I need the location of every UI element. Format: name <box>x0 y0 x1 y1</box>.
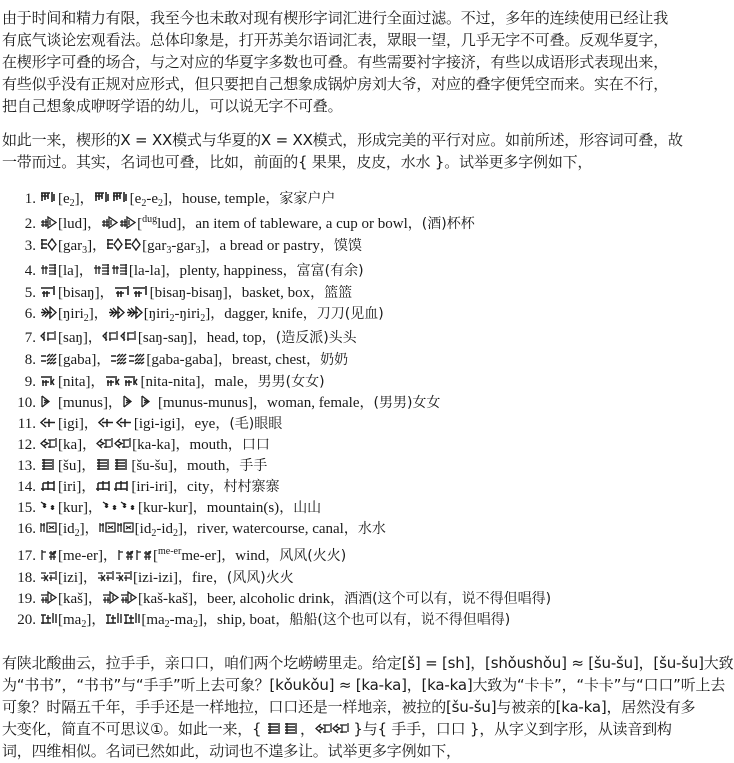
example-item: 15.[kur]，[kur-kur]，mountain(s)，山山 <box>16 499 321 517</box>
english-gloss: basket, box <box>242 285 310 301</box>
cuneiform-nita-icon <box>40 374 57 387</box>
cuneiform-ma2-icon <box>40 612 57 625</box>
english-gloss: head, top <box>207 330 262 346</box>
example-item: 16.[id2]，[id2-id2]，river, watercourse, c… <box>16 520 386 538</box>
cuneiform-su-icon <box>283 719 300 732</box>
cuneiform-bisan-icon <box>114 285 131 298</box>
cuneiform-e2-icon <box>94 191 111 204</box>
text-line: 一带而过。其实，名词也可叠，比如，前面的{ 果果，皮皮，水水 }。试举更多字例如… <box>2 151 734 173</box>
text-line: 由于时间和精力有限，我至今也未敢对现有楔形字词汇进行全面过滤。不过，多年的连续使… <box>2 7 734 29</box>
cuneiform-e2-icon <box>40 191 57 204</box>
text-line: 为“书书”，“书书”与“手手”听上去可象？[kǒukǒu] ≈ [ka-ka]，… <box>2 674 734 696</box>
cuneiform-izi-icon <box>40 570 57 583</box>
cuneiform-bisan-icon <box>132 285 149 298</box>
cuneiform-meer-icon <box>135 548 152 561</box>
text-line: 词，四维相似。名词已然如此，动词也不遑多让。试举更多字例如下， <box>2 740 734 762</box>
english-gloss: river, watercourse, canal <box>197 521 344 537</box>
cuneiform-ma2-icon <box>105 612 122 625</box>
chinese-equivalent: 村村寨寨 <box>224 479 280 495</box>
text-line: 可象？时隔五千年，手手还是一样地拉，口口还是一样地亲，被拉的[šu-šu]与被亲… <box>2 696 734 718</box>
cuneiform-su-icon <box>113 458 130 471</box>
chinese-equivalent: 富富(有余) <box>297 263 364 279</box>
example-item: 1.[e2]，[e2-e2]，house, temple，家家户户 <box>24 190 335 208</box>
english-gloss: house, temple <box>182 191 265 207</box>
text-line: 有底气谈论宏观看法。总体印象是，打开苏美尔语词汇表，眾眼一望，几乎无字不可叠。反… <box>2 29 734 51</box>
text-line: 有些似乎没有正规对应形式，但只要把自己想象成锅炉房刘大爷，对应的叠字便凭空而来。… <box>2 73 734 95</box>
cuneiform-nita-icon <box>105 374 122 387</box>
example-item: 14.[iri]，[iri-iri]，city，村村寨寨 <box>16 478 280 496</box>
example-item: 10.[munus]，[munus-munus]，woman, female，(… <box>16 394 440 412</box>
text-segment: 大变化，简直不可思议①。如此一来，{ <box>2 720 266 738</box>
cuneiform-izi-icon <box>115 570 132 583</box>
cuneiform-su-icon <box>95 458 112 471</box>
example-item: 4.[la]，[la-la]，plenty, happiness，富富(有余) <box>24 262 364 280</box>
cuneiform-munus-icon <box>140 395 157 408</box>
english-gloss: plenty, happiness <box>179 263 282 279</box>
english-gloss: wind <box>235 548 265 564</box>
cuneiform-meer-icon <box>40 548 57 561</box>
cuneiform-ka-icon <box>315 719 332 732</box>
cuneiform-kas-icon <box>120 591 137 604</box>
english-gloss: male <box>214 374 243 390</box>
cuneiform-igi-icon <box>40 416 57 429</box>
cuneiform-kur-icon <box>40 500 57 513</box>
text-line: 大变化，简直不可思议①。如此一来，{ ， }与{ 手手，口口 }，从字义到字形，… <box>2 718 734 740</box>
example-item: 9.[nita]，[nita-nita]，male，男男(女女) <box>24 373 325 391</box>
cuneiform-lud-icon <box>101 216 118 229</box>
chinese-equivalent: 男男(女女) <box>258 374 325 390</box>
cuneiform-gar3-icon <box>40 238 57 251</box>
cuneiform-ka-icon <box>40 437 57 450</box>
example-item: 2.[lud]，[duglud]，an item of tableware, a… <box>24 215 475 233</box>
text-line: 有陕北酸曲云，拉手手，亲口口，咱们两个圪崂崂里走。给定[š] = [sh]，[s… <box>2 652 734 674</box>
chinese-equivalent: 手手 <box>239 458 267 474</box>
cuneiform-bisan-icon <box>40 285 57 298</box>
english-gloss: fire <box>192 570 213 586</box>
chinese-equivalent: 口口 <box>242 437 270 453</box>
cuneiform-e2-icon <box>112 191 129 204</box>
chinese-equivalent: 馍馍 <box>334 238 362 254</box>
cuneiform-id2-icon <box>117 521 134 534</box>
cuneiform-san-icon <box>40 330 57 343</box>
cuneiform-nir2-icon <box>40 306 57 319</box>
cuneiform-nir2-icon <box>126 306 143 319</box>
english-gloss: dagger, knife <box>224 306 303 322</box>
cuneiform-kur-icon <box>120 500 137 513</box>
cuneiform-izi-icon <box>97 570 114 583</box>
cuneiform-gaba-icon <box>110 352 127 365</box>
intro-paragraph: 由于时间和精力有限，我至今也未敢对现有楔形字词汇进行全面过滤。不过，多年的连续使… <box>2 7 734 117</box>
english-gloss: a bread or pastry <box>219 238 319 254</box>
chinese-equivalent: 船船(这个也可以有，说不得但唱得) <box>289 612 510 628</box>
chinese-equivalent: (风风)火火 <box>227 570 294 586</box>
folk-song-paragraph: 有陕北酸曲云，拉手手，亲口口，咱们两个圪崂崂里走。给定[š] = [sh]，[s… <box>2 652 734 762</box>
cuneiform-la-icon <box>111 263 128 276</box>
chinese-equivalent: (酒)杯杯 <box>422 216 475 232</box>
example-item: 18.[izi]，[izi-izi]，fire，(风风)火火 <box>16 569 294 587</box>
cuneiform-ka-icon <box>114 437 131 450</box>
cuneiform-gaba-icon <box>128 352 145 365</box>
cuneiform-kas-icon <box>102 591 119 604</box>
chinese-equivalent: 家家户户 <box>279 191 335 207</box>
cuneiform-su-icon <box>266 719 283 732</box>
chinese-equivalent: 水水 <box>358 521 386 537</box>
cuneiform-san-icon <box>120 330 137 343</box>
cuneiform-ma2-icon <box>123 612 140 625</box>
cuneiform-iri-icon <box>95 479 112 492</box>
chinese-equivalent: 山山 <box>293 500 321 516</box>
chinese-equivalent: 刀刀(见血) <box>317 306 384 322</box>
example-item: 6.[ŋiri2]，[ŋiri2-ŋiri2]，dagger, knife，刀刀… <box>24 305 384 323</box>
text-line: 把自己想象成咿呀学语的幼儿，可以说无字不可叠。 <box>2 95 734 117</box>
example-item: 13.[šu]，[šu-šu]，mouth，手手 <box>16 457 267 475</box>
cuneiform-lud-icon <box>40 216 57 229</box>
cuneiform-munus-icon <box>122 395 139 408</box>
cuneiform-gar3-icon <box>124 238 141 251</box>
example-item: 3.[gar3]，[gar3-gar3]，a bread or pastry，馍… <box>24 237 362 255</box>
cuneiform-nita-icon <box>123 374 140 387</box>
example-item: 20.[ma2]，[ma2-ma2]，ship, boat，船船(这个也可以有，… <box>16 611 510 629</box>
chinese-equivalent: (毛)眼眼 <box>229 416 282 432</box>
cuneiform-kur-icon <box>102 500 119 513</box>
text-segment: ， <box>300 720 315 738</box>
cuneiform-igi-icon <box>98 416 115 429</box>
cuneiform-munus-icon <box>40 395 57 408</box>
cuneiform-kas-icon <box>40 591 57 604</box>
english-gloss: mountain(s) <box>207 500 280 516</box>
english-gloss: ship, boat <box>217 612 275 628</box>
chinese-equivalent: (造反派)头头 <box>276 330 357 346</box>
cuneiform-ka-icon <box>96 437 113 450</box>
english-gloss: woman, female <box>267 395 359 411</box>
chinese-equivalent: 酒酒(这个可以有，说不得但唱得) <box>344 591 551 607</box>
cuneiform-gaba-icon <box>40 352 57 365</box>
cuneiform-ka-icon <box>332 719 349 732</box>
chinese-equivalent: 篮篮 <box>324 285 352 301</box>
example-item: 12.[ka]，[ka-ka]，mouth，口口 <box>16 436 270 454</box>
cuneiform-meer-icon <box>117 548 134 561</box>
cuneiform-id2-icon <box>99 521 116 534</box>
cuneiform-iri-icon <box>113 479 130 492</box>
pattern-paragraph: 如此一来，楔形的X = XX模式与华夏的X = XX模式，形成完美的平行对应。如… <box>2 129 734 173</box>
example-item: 17.[me-er]，[me-erme-er]，wind，风风(火火) <box>16 547 346 565</box>
cuneiform-id2-icon <box>40 521 57 534</box>
english-gloss: breast, chest <box>232 352 306 368</box>
example-item: 19.[kaš]，[kaš-kaš]，beer, alcoholic drink… <box>16 590 551 608</box>
cuneiform-igi-icon <box>116 416 133 429</box>
chinese-equivalent: 风风(火火) <box>279 548 346 564</box>
english-gloss: an item of tableware, a cup or bowl <box>195 216 407 232</box>
cuneiform-lud-icon <box>119 216 136 229</box>
english-gloss: mouth <box>187 458 225 474</box>
cuneiform-san-icon <box>102 330 119 343</box>
cuneiform-gar3-icon <box>106 238 123 251</box>
cuneiform-nir2-icon <box>108 306 125 319</box>
example-item: 5.[bisaŋ]，[bisaŋ-bisaŋ]，basket, box，篮篮 <box>24 284 352 302</box>
english-gloss: city <box>187 479 210 495</box>
cuneiform-la-icon <box>93 263 110 276</box>
text-line: 在楔形字可叠的场合，与之对应的华夏字多数也可叠。有些需要衬字接济，有些以成语形式… <box>2 51 734 73</box>
text-line: 如此一来，楔形的X = XX模式与华夏的X = XX模式，形成完美的平行对应。如… <box>2 129 734 151</box>
example-item: 8.[gaba]，[gaba-gaba]，breast, chest，奶奶 <box>24 351 348 369</box>
english-gloss: beer, alcoholic drink <box>207 591 330 607</box>
text-segment: }与{ 手手，口口 }，从字义到字形，从读音到构 <box>349 720 672 738</box>
cuneiform-su-icon <box>40 458 57 471</box>
english-gloss: eye <box>195 416 216 432</box>
example-item: 11.[igi]，[igi-igi]，eye，(毛)眼眼 <box>16 415 282 433</box>
cuneiform-la-icon <box>40 263 57 276</box>
chinese-equivalent: 奶奶 <box>320 352 348 368</box>
example-item: 7.[saŋ]，[saŋ-saŋ]，head, top，(造反派)头头 <box>24 329 357 347</box>
chinese-equivalent: (男男)女女 <box>374 395 441 411</box>
english-gloss: mouth <box>189 437 227 453</box>
cuneiform-iri-icon <box>40 479 57 492</box>
